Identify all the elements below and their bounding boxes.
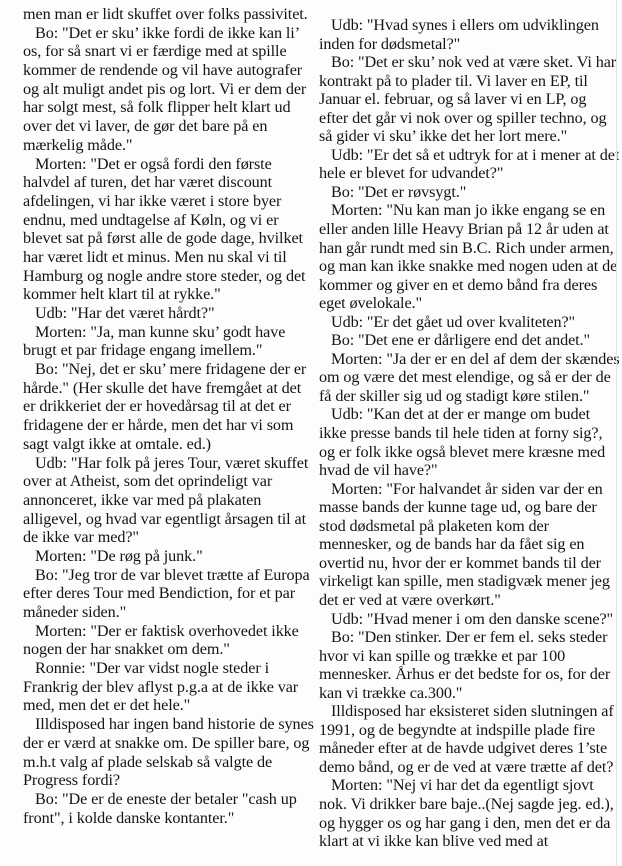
text-line: fridagene der er hårde, men det har vi s… — [23, 416, 313, 435]
text-line: Bo: "Den stinker. Der er fem el. seks st… — [319, 628, 615, 647]
text-line: Januar el. februar, og så laver vi en LP… — [319, 90, 615, 109]
text-line: så gider vi sku’ ikke det her lort mere.… — [319, 127, 615, 146]
text-line: klart at vi ikke kan blive ved med at — [319, 832, 615, 851]
text-line: Progress fordi? — [23, 771, 313, 790]
text-line: Udb: "Hvad synes i ellers om udviklingen — [319, 16, 615, 35]
text-line: Illdisposed har eksisteret siden slutnin… — [319, 702, 615, 721]
text-line: måneder efter at de havde udgivet deres … — [319, 739, 615, 758]
text-line: har været lidt et minus. Men nu skal vi … — [23, 248, 313, 267]
text-line: overtid nu, hvor der er kommet bands til… — [319, 554, 615, 573]
text-line: 1991, og de begyndte at indspille plade … — [319, 721, 615, 740]
text-line: Morten: "Ja der er en del af dem der skæ… — [319, 350, 615, 369]
text-line: Morten: "Det er også fordi den første — [23, 155, 313, 174]
text-line: Udb: "Er det så et udtryk for at i mener… — [319, 146, 615, 165]
text-line: Udb: "Har folk på jeres Tour, været skuf… — [23, 454, 313, 473]
text-line: Frankrig der blev aflyst p.g.a at de ikk… — [23, 678, 313, 697]
text-line: brugt et par fridage engang imellem." — [23, 341, 313, 360]
text-line: front", i kolde danske kontanter." — [23, 809, 313, 828]
page-edge-line — [616, 0, 617, 866]
text-line: efter deres Tour med Bendiction, for et … — [23, 584, 313, 603]
text-line: inden for dødsmetal?" — [319, 35, 615, 54]
text-line: hårde." (Her skulle det have fremgået at… — [23, 379, 313, 398]
text-line: Morten: "Ja, man kunne sku’ godt have — [23, 323, 313, 342]
text-line: Morten: "Nej vi har det da egentligt sjo… — [319, 776, 615, 795]
text-line: Bo: "De er de eneste der betaler "cash u… — [23, 790, 313, 809]
text-line: eget øvelokale." — [319, 294, 615, 313]
text-line: kontrakt på to plader til. Vi laver en E… — [319, 72, 615, 91]
text-line: masse bands der kunne tage ud, og bare d… — [319, 498, 615, 517]
text-line: virkeligt kan spille, men stadigvæk mene… — [319, 572, 615, 591]
text-line: Bo: "Det er sku’ ikke fordi de ikke kan … — [23, 24, 313, 43]
text-line: Bo: "Nej, det er sku’ mere fridagene der… — [23, 360, 313, 379]
text-line: der er værd at snakke om. De spiller bar… — [23, 734, 313, 753]
text-line: men man er lidt skuffet over folks passi… — [23, 5, 313, 24]
text-line: og er folk ikke også blevet mere kræsne … — [319, 443, 615, 462]
text-line: annonceret, ikke var med på plakaten — [23, 491, 313, 510]
text-line: Bo: "Det er sku’ nok ved at være sket. V… — [319, 53, 615, 72]
text-line: alligevel, og hvad var egentligt årsagen… — [23, 510, 313, 529]
text-line: Udb: "Hvad mener i om den danske scene?" — [319, 610, 615, 629]
text-line: hvad de vil have?" — [319, 461, 615, 480]
text-line: Udb: "Har det været hårdt?" — [23, 304, 313, 323]
text-line: kan vi trække ca.300." — [319, 684, 615, 703]
text-line: ikke presse bands til hele tiden at forn… — [319, 424, 615, 443]
text-line: Bo: "Det er røvsygt." — [319, 183, 615, 202]
text-line: over det vi laver, de gør det bare på en — [23, 117, 313, 136]
text-line: Hamburg og nogle andre store steder, og … — [23, 267, 313, 286]
text-line: endnu, med undtagelse af Køln, og vi er — [23, 211, 313, 230]
text-line: de ikke var med?" — [23, 528, 313, 547]
right-column: Udb: "Hvad synes i ellers om udviklingen… — [319, 16, 615, 851]
text-line: og man kan ikke snakke med nogen uden at… — [319, 257, 615, 276]
text-line: kommer helt klart til at rykke." — [23, 285, 313, 304]
text-line: demo bånd, og er de ved at være trætte a… — [319, 758, 615, 777]
text-line: Morten: "For halvandet år siden var der … — [319, 480, 615, 499]
text-line: m.h.t valg af plade selskab så valgte de — [23, 753, 313, 772]
text-line: Udb: "Er det gået ud over kvaliteten?" — [319, 313, 615, 332]
text-line: eller anden lille Heavy Brian på 12 år u… — [319, 220, 615, 239]
text-line: Bo: "Jeg tror de var blevet trætte af Eu… — [23, 566, 313, 585]
text-line: blevet sat på først alle de gode dage, h… — [23, 229, 313, 248]
text-line: nogen der har snakket om dem." — [23, 640, 313, 659]
text-line: Bo: "Det ene er dårligere end det andet.… — [319, 331, 615, 350]
text-line: Ronnie: "Der var vidst nogle steder i — [23, 659, 313, 678]
left-column: men man er lidt skuffet over folks passi… — [23, 5, 313, 827]
text-line: Udb: "Kan det at der er mange om budet — [319, 405, 615, 424]
text-line: kommer de rendende og vil have autografe… — [23, 61, 313, 80]
text-line: måneder siden." — [23, 603, 313, 622]
text-line: mennesker, og de bands har da fået sig e… — [319, 535, 615, 554]
text-line: er drikkeriet der er hovedårsag til at d… — [23, 397, 313, 416]
text-line: og alt muligt andet pis og lort. Vi er d… — [23, 80, 313, 99]
text-line: halvdel af turen, det har været discount — [23, 173, 313, 192]
text-line: og hygger os og har gang i den, men det … — [319, 814, 615, 833]
text-line: få der skiller sig ud og stadigt køre st… — [319, 387, 615, 406]
text-line: med, men det er det hele." — [23, 696, 313, 715]
text-line: afdelingen, vi har ikke været i store by… — [23, 192, 313, 211]
text-line: Illdisposed har ingen band historie de s… — [23, 715, 313, 734]
text-line: os, for så snart vi er færdige med at sp… — [23, 42, 313, 61]
text-line: hvor vi kan spille og trække et par 100 — [319, 647, 615, 666]
text-line: det er ved at være overkørt." — [319, 591, 615, 610]
text-line: har solgt mest, så folk flipper helt kla… — [23, 98, 313, 117]
text-line: Morten: "De røg på junk." — [23, 547, 313, 566]
text-line: sagt valgt ikke at omtale. ed.) — [23, 435, 313, 454]
text-line: kommer og giver en et demo bånd fra dere… — [319, 276, 615, 295]
text-line: hele er blevet for udvandet?" — [319, 164, 615, 183]
text-line: nok. Vi drikker bare baje..(Nej sagde je… — [319, 795, 615, 814]
text-line: om og være det mest elendige, og så er d… — [319, 368, 615, 387]
text-line: mennesker. Århus er det bedste for os, f… — [319, 665, 615, 684]
text-line: efter det går vi nok over og spiller tec… — [319, 109, 615, 128]
text-line: stod dødsmetal på plaketen kom der — [319, 517, 615, 536]
text-line: mærkelig måde." — [23, 136, 313, 155]
text-line: over at Atheist, som det oprindeligt var — [23, 472, 313, 491]
text-line: Morten: "Der er faktisk overhovedet ikke — [23, 622, 313, 641]
text-line: han går rundt med sin B.C. Rich under ar… — [319, 239, 615, 258]
text-line: Morten: "Nu kan man jo ikke engang se en — [319, 201, 615, 220]
